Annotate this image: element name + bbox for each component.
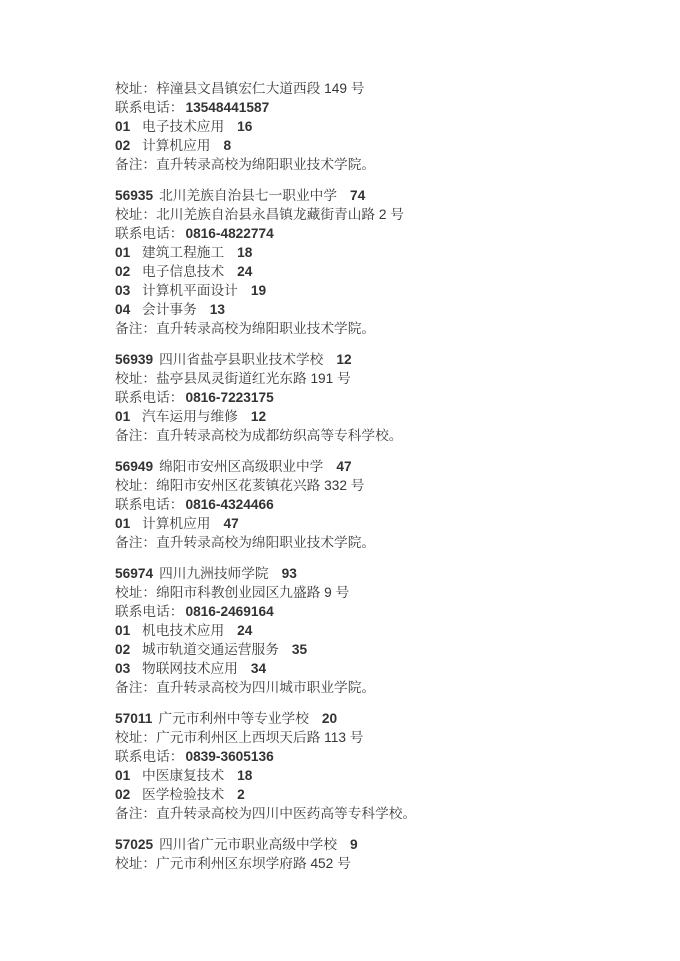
note-value: 直升转录高校为四川中医药高等专科学校。 [156,806,416,821]
phone-value: 0816-4324466 [185,497,273,512]
address-line: 校址：梓潼县文昌镇宏仁大道西段 149 号 [115,79,575,98]
school-block: 56935北川羌族自治县七一职业中学74校址：北川羌族自治县永昌镇龙藏街青山路 … [115,186,575,338]
school-code: 56949 [115,459,153,474]
school-code: 56974 [115,566,153,581]
school-header-line: 56939四川省盐亭县职业技术学校12 [115,350,575,369]
major-name: 计算机应用 [142,516,210,531]
school-total-count: 93 [282,566,297,581]
note-value: 直升转录高校为四川城市职业学院。 [156,680,375,695]
phone-label: 联系电话： [115,604,183,619]
school-block: 校址：梓潼县文昌镇宏仁大道西段 149 号联系电话：1354844158701电… [115,79,575,174]
major-number: 02 [115,785,142,804]
phone-label: 联系电话： [115,390,183,405]
address-line: 校址：绵阳市安州区花荄镇花兴路 332 号 [115,476,575,495]
major-count: 16 [237,119,252,134]
phone-label: 联系电话： [115,226,183,241]
address-value: 梓潼县文昌镇宏仁大道西段 149 号 [156,81,364,96]
major-number: 04 [115,300,142,319]
major-line: 01机电技术应用24 [115,621,575,640]
address-value: 广元市利州区东坝学府路 452 号 [156,856,351,871]
major-line: 01计算机应用47 [115,514,575,533]
major-name: 计算机应用 [142,138,210,153]
address-label: 校址： [115,585,156,600]
note-line: 备注：直升转录高校为绵阳职业技术学院。 [115,533,575,552]
school-header-line: 56949绵阳市安州区高级职业中学47 [115,457,575,476]
school-header-line: 56974四川九洲技师学院93 [115,564,575,583]
phone-line: 联系电话：0839-3605136 [115,747,575,766]
note-label: 备注： [115,428,156,443]
major-name: 机电技术应用 [142,623,224,638]
major-line: 01中医康复技术18 [115,766,575,785]
major-number: 02 [115,136,142,155]
major-name: 汽车运用与维修 [142,409,238,424]
major-line: 03计算机平面设计19 [115,281,575,300]
address-line: 校址：北川羌族自治县永昌镇龙藏街青山路 2 号 [115,205,575,224]
major-number: 01 [115,407,142,426]
school-name: 四川省盐亭县职业技术学校 [159,352,323,367]
major-name: 物联网技术应用 [142,661,238,676]
phone-value: 13548441587 [185,100,269,115]
major-count: 18 [237,768,252,783]
school-code: 57025 [115,837,153,852]
note-line: 备注：直升转录高校为绵阳职业技术学院。 [115,155,575,174]
major-count: 13 [210,302,225,317]
school-block: 56949绵阳市安州区高级职业中学47校址：绵阳市安州区花荄镇花兴路 332 号… [115,457,575,552]
school-total-count: 47 [336,459,351,474]
major-number: 01 [115,243,142,262]
major-name: 医学检验技术 [142,787,224,802]
major-count: 47 [223,516,238,531]
major-line: 02城市轨道交通运营服务35 [115,640,575,659]
school-block: 56939四川省盐亭县职业技术学校12校址：盐亭县凤灵街道红光东路 191 号联… [115,350,575,445]
school-name: 四川九洲技师学院 [159,566,269,581]
note-label: 备注： [115,321,156,336]
address-label: 校址： [115,478,156,493]
school-list: 校址：梓潼县文昌镇宏仁大道西段 149 号联系电话：1354844158701电… [115,79,575,885]
school-name: 四川省广元市职业高级中学校 [159,837,337,852]
phone-value: 0839-3605136 [185,749,273,764]
major-count: 18 [237,245,252,260]
phone-line: 联系电话：0816-4324466 [115,495,575,514]
address-value: 绵阳市科教创业园区九盛路 9 号 [156,585,349,600]
address-value: 绵阳市安州区花荄镇花兴路 332 号 [156,478,364,493]
major-name: 电子信息技术 [142,264,224,279]
school-block: 57025四川省广元市职业高级中学校9校址：广元市利州区东坝学府路 452 号 [115,835,575,873]
major-line: 01建筑工程施工18 [115,243,575,262]
school-code: 56935 [115,188,153,203]
major-number: 01 [115,621,142,640]
major-count: 2 [237,787,245,802]
major-count: 35 [292,642,307,657]
major-number: 02 [115,640,142,659]
major-count: 12 [251,409,266,424]
major-line: 01电子技术应用16 [115,117,575,136]
major-number: 01 [115,514,142,533]
major-name: 建筑工程施工 [142,245,224,260]
major-number: 01 [115,766,142,785]
address-value: 北川羌族自治县永昌镇龙藏街青山路 2 号 [156,207,404,222]
major-count: 24 [237,623,252,638]
phone-line: 联系电话：0816-4822774 [115,224,575,243]
document-page: 校址：梓潼县文昌镇宏仁大道西段 149 号联系电话：1354844158701电… [0,0,680,961]
note-line: 备注：直升转录高校为成都纺织高等专科学校。 [115,426,575,445]
note-line: 备注：直升转录高校为绵阳职业技术学院。 [115,319,575,338]
address-label: 校址： [115,730,156,745]
address-value: 盐亭县凤灵街道红光东路 191 号 [156,371,351,386]
major-count: 34 [251,661,266,676]
major-line: 02电子信息技术24 [115,262,575,281]
phone-label: 联系电话： [115,749,183,764]
major-number: 03 [115,659,142,678]
phone-line: 联系电话：13548441587 [115,98,575,117]
major-line: 03物联网技术应用34 [115,659,575,678]
address-label: 校址： [115,207,156,222]
phone-value: 0816-4822774 [185,226,273,241]
major-name: 城市轨道交通运营服务 [142,642,279,657]
phone-label: 联系电话： [115,100,183,115]
address-value: 广元市利州区上西坝天后路 113 号 [156,730,363,745]
major-count: 19 [251,283,266,298]
address-line: 校址：绵阳市科教创业园区九盛路 9 号 [115,583,575,602]
note-value: 直升转录高校为绵阳职业技术学院。 [156,321,375,336]
note-value: 直升转录高校为成都纺织高等专科学校。 [156,428,402,443]
note-label: 备注： [115,806,156,821]
note-value: 直升转录高校为绵阳职业技术学院。 [156,535,375,550]
major-line: 01汽车运用与维修12 [115,407,575,426]
major-name: 会计事务 [142,302,197,317]
school-name: 绵阳市安州区高级职业中学 [159,459,323,474]
major-line: 02计算机应用8 [115,136,575,155]
phone-label: 联系电话： [115,497,183,512]
school-header-line: 56935北川羌族自治县七一职业中学74 [115,186,575,205]
major-count: 24 [237,264,252,279]
phone-value: 0816-7223175 [185,390,273,405]
school-total-count: 9 [350,837,358,852]
school-header-line: 57011广元市利州中等专业学校20 [115,709,575,728]
note-label: 备注： [115,680,156,695]
address-line: 校址：广元市利州区上西坝天后路 113 号 [115,728,575,747]
address-line: 校址：盐亭县凤灵街道红光东路 191 号 [115,369,575,388]
major-number: 03 [115,281,142,300]
address-label: 校址： [115,856,156,871]
phone-line: 联系电话：0816-2469164 [115,602,575,621]
note-value: 直升转录高校为绵阳职业技术学院。 [156,157,375,172]
major-line: 02医学检验技术2 [115,785,575,804]
address-line: 校址：广元市利州区东坝学府路 452 号 [115,854,575,873]
major-number: 01 [115,117,142,136]
phone-line: 联系电话：0816-7223175 [115,388,575,407]
note-label: 备注： [115,157,156,172]
school-total-count: 20 [322,711,337,726]
school-code: 56939 [115,352,153,367]
major-line: 04会计事务13 [115,300,575,319]
school-total-count: 74 [350,188,365,203]
school-code: 57011 [115,711,152,726]
address-label: 校址： [115,371,156,386]
note-line: 备注：直升转录高校为四川城市职业学院。 [115,678,575,697]
major-name: 计算机平面设计 [142,283,238,298]
major-number: 02 [115,262,142,281]
school-name: 广元市利州中等专业学校 [158,711,309,726]
phone-value: 0816-2469164 [185,604,273,619]
school-block: 57011广元市利州中等专业学校20校址：广元市利州区上西坝天后路 113 号联… [115,709,575,823]
school-block: 56974四川九洲技师学院93校址：绵阳市科教创业园区九盛路 9 号联系电话：0… [115,564,575,697]
major-count: 8 [223,138,231,153]
school-total-count: 12 [336,352,351,367]
major-name: 电子技术应用 [142,119,224,134]
address-label: 校址： [115,81,156,96]
major-name: 中医康复技术 [142,768,224,783]
note-line: 备注：直升转录高校为四川中医药高等专科学校。 [115,804,575,823]
note-label: 备注： [115,535,156,550]
school-name: 北川羌族自治县七一职业中学 [159,188,337,203]
school-header-line: 57025四川省广元市职业高级中学校9 [115,835,575,854]
